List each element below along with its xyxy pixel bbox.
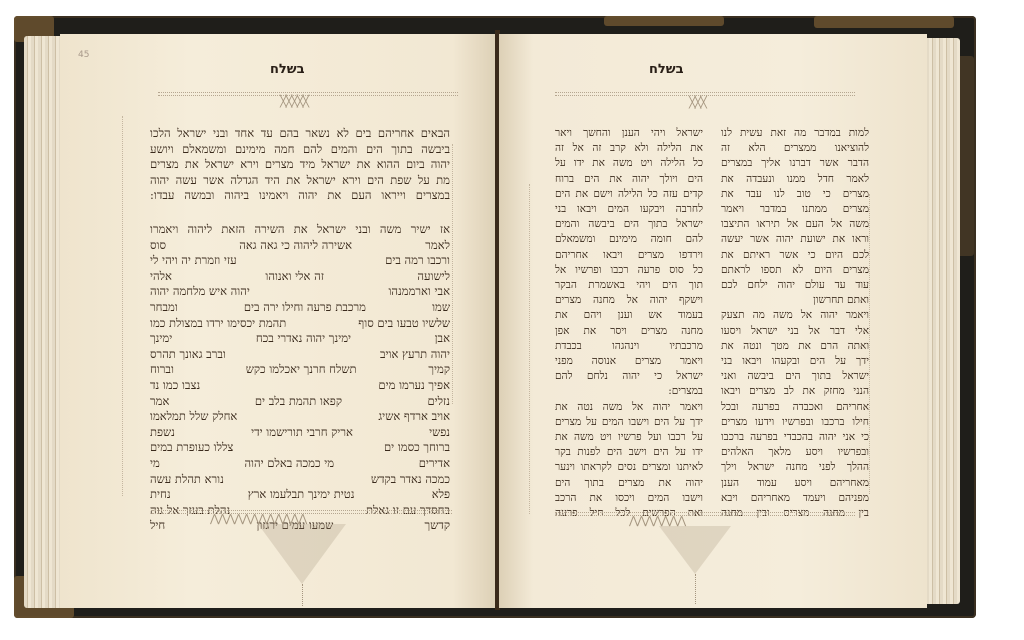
- text-line: אחריהם ואכבדה בפרעה ובכל: [721, 400, 869, 415]
- text-line: לאיתנו ומצרים נסים לקראתו וינער: [555, 460, 703, 475]
- text-line: במצרים:: [555, 384, 703, 399]
- song-line: לאמראשירה ליהוה כי גאה גאהסוס: [150, 238, 450, 254]
- text-line: כי אני יהוה בהכבדי בפרעה ברכבו: [721, 430, 869, 445]
- text-line: מת על שפת הים וירא ישראל את היד הגדלה אש…: [150, 173, 450, 189]
- song-line: נפשיאריק חרבי תורישמו ידינשפת: [150, 425, 450, 441]
- running-header: בשלח: [270, 62, 305, 77]
- micrographic-stem: [302, 584, 304, 606]
- song-line: כמכה נאדר בקדשנורא תהלת עשה: [150, 472, 450, 488]
- text-line: יהוה את מצרים בתוך הים: [555, 476, 703, 491]
- masorah-magna-bottom: [555, 512, 855, 516]
- text-line: על רכבו ועל פרשיו ויט משה את: [555, 430, 703, 445]
- text-line: ישראל בתוך הים ביבשה ואני: [721, 369, 869, 384]
- text-line: ואתם תחרשון: [721, 293, 869, 308]
- text-line: ובפרשיו ויסע מלאך האלהים: [721, 445, 869, 460]
- text-line: לחרבה ויבקעו המים ויבאו בני: [555, 202, 703, 217]
- right-page: בשלח ╳╳╳ למות במדבר מה זאת עשית לנו להוצ…: [499, 34, 927, 608]
- text-line: את הלילה ולא קרב זה אל זה: [555, 141, 703, 156]
- song-line: פלאנטית ימינך תבלעמו ארץנחית: [150, 487, 450, 503]
- prose-block: הבאים אחריהם בים לא נשאר בהם עד אחד ובני…: [150, 126, 450, 204]
- text-line: וראו את ישועת יהוה אשר יעשה: [721, 232, 869, 247]
- text-line: בעמוד אש וענן ויהם את: [555, 308, 703, 323]
- text-line: מפניהם ויעמד מאחריהם ויבא: [721, 491, 869, 506]
- text-line: במצרים וייראו העם את יהוה ויאמינו ביהוה …: [150, 188, 450, 204]
- text-line: ידו על הים וישב הים לפנות בקר: [555, 445, 703, 460]
- micrographic-ornament: ╳╳╳: [689, 96, 706, 109]
- song-line: לישועהזה אלי ואנוהואלהי: [150, 269, 450, 285]
- song-line: ורכבו רמה ביםעזי וזמרת יה ויהי לי: [150, 253, 450, 269]
- text-line: מצרים ממתנו במדבר ויאמר: [721, 202, 869, 217]
- text-line: למות במדבר מה זאת עשית לנו: [721, 126, 869, 141]
- song-intro: אז ישיר משה ובני ישראל את השירה הזאת ליה…: [150, 222, 450, 238]
- micrographic-ornament: ╳╳╳╳╳: [280, 95, 308, 108]
- song-line: נזליםקפאו תהמת בלב יםאמר: [150, 394, 450, 410]
- song-line: שמומרכבת פרעה וחילו ירה ביםומבחר: [150, 300, 450, 316]
- text-line: לכם היום כי אשר ראיתם את: [721, 248, 869, 263]
- text-line: מצרים כי טוב לנו עבד את: [721, 187, 869, 202]
- song-line: אבי וארממנהויהוה איש מלחמה יהוה: [150, 284, 450, 300]
- text-column-right: למות במדבר מה זאת עשית לנו להוציאנו ממצר…: [721, 126, 869, 521]
- text-line: תוך הים ויהי באשמרת הבקר: [555, 278, 703, 293]
- masorah-parva-margin: [529, 184, 548, 514]
- text-line: להם חומה מימינם ומשמאלם: [555, 232, 703, 247]
- text-line: ויאמר מצרים אנוסה מפני: [555, 354, 703, 369]
- text-line: כל הלילה ויט משה את ידו על: [555, 156, 703, 171]
- text-line: ידך על הים ובקעהו ויבאו בני: [721, 354, 869, 369]
- text-block-edge-right: [922, 38, 960, 604]
- song-line: אויב ארדף אשיגאחלק שלל תמלאמו: [150, 409, 450, 425]
- left-page: 45 בשלח ╳╳╳╳╳ הבאים אחריהם בים לא נשאר ב…: [60, 34, 496, 608]
- text-line: יהוה ביום ההוא את ישראל מיד מצרים וירא י…: [150, 157, 450, 173]
- text-line: הדבר אשר דברנו אליך במצרים: [721, 156, 869, 171]
- binding-wear: [814, 16, 954, 28]
- text-line: הים ויולך יהוה את הים ברוח: [555, 172, 703, 187]
- text-line: וירדפו מצרים ויבאו אחריהם: [555, 248, 703, 263]
- song-line: אפיך נערמו מיםנצבו כמו נד: [150, 378, 450, 394]
- text-line: כל סוס פרעה רכבו ופרשיו אל: [555, 263, 703, 278]
- micrographic-triangle: [659, 526, 731, 574]
- text-line: ההלך לפני מחנה ישראל וילך: [721, 460, 869, 475]
- text-line: ישראל ויהי הענן והחשך ויאר: [555, 126, 703, 141]
- text-line: ישראל בתוך הים ביבשה והמים: [555, 217, 703, 232]
- text-line: מרכבתיו וינהגהו בכבדת: [555, 339, 703, 354]
- masorah-parva-margin: [869, 194, 888, 494]
- text-line: לאמר חדל ממנו ונעבדה את: [721, 172, 869, 187]
- text-line: ביבשה בתוך הים והמים להם חמה מימינם ומשמ…: [150, 142, 450, 158]
- masorah-parva-margin: [122, 116, 141, 496]
- text-line: להוציאנו ממצרים הלא זה: [721, 141, 869, 156]
- song-line: שלשיו טבעו בים סוףתהמת יכסימו ירדו במצול…: [150, 316, 450, 332]
- text-line: מצרים היום לא תספו לראתם: [721, 263, 869, 278]
- text-line: הבאים אחריהם בים לא נשאר בהם עד אחד ובני…: [150, 126, 450, 142]
- text-line: ויאמר יהוה אל משה נטה את: [555, 400, 703, 415]
- song-of-the-sea: אז ישיר משה ובני ישראל את השירה הזאת ליה…: [150, 222, 450, 534]
- text-line: ואתה הרם את מטך ונטה את: [721, 339, 869, 354]
- text-line: ידך על הים וישבו המים על מצרים: [555, 415, 703, 430]
- binding-wear: [604, 16, 724, 26]
- micrographic-stem: [695, 574, 697, 604]
- text-line: וישבו המים ויכסו את הרכב: [555, 491, 703, 506]
- text-line: מחנה מצרים ויסר את אפן: [555, 324, 703, 339]
- song-line: אבןימינך יהוה נאדרי בכחימינך: [150, 331, 450, 347]
- masorah-parva-margin: [452, 144, 471, 404]
- micrographic-triangle: [258, 524, 346, 584]
- text-line: ויאמר יהוה אל משה מה תצעק: [721, 308, 869, 323]
- text-line: חילו ברכבו ובפרשיו וידעו מצרים: [721, 415, 869, 430]
- folio-number: 45: [78, 50, 89, 60]
- running-header: בשלח: [649, 62, 684, 77]
- song-line: יהוה תרעץ אויבוברב גאונך תהרס: [150, 347, 450, 363]
- song-line: אדיריםמי כמכה באלם יהוהמי: [150, 456, 450, 472]
- text-line: משה אל העם אל תיראו התיצבו: [721, 217, 869, 232]
- song-line: ברוחך כסמו יםצללו כעופרת במים: [150, 440, 450, 456]
- text-line: אלי דבר אל בני ישראל ויסעו: [721, 324, 869, 339]
- text-column-left: ישראל ויהי הענן והחשך ויאר את הלילה ולא …: [555, 126, 703, 521]
- text-line: עוד עד עולם יהוה ילחם לכם: [721, 278, 869, 293]
- song-line: קמיךתשלח חרנך יאכלמו כקשוברוח: [150, 362, 450, 378]
- text-line: ישראל כי יהוה נלחם להם: [555, 369, 703, 384]
- text-line: וישקף יהוה אל מחנה מצרים: [555, 293, 703, 308]
- text-line: קדים עזה כל הלילה וישם את הים: [555, 187, 703, 202]
- text-line: הנני מחזק את לב מצרים ויבאו: [721, 384, 869, 399]
- text-line: מאחריהם ויסע עמוד הענן: [721, 476, 869, 491]
